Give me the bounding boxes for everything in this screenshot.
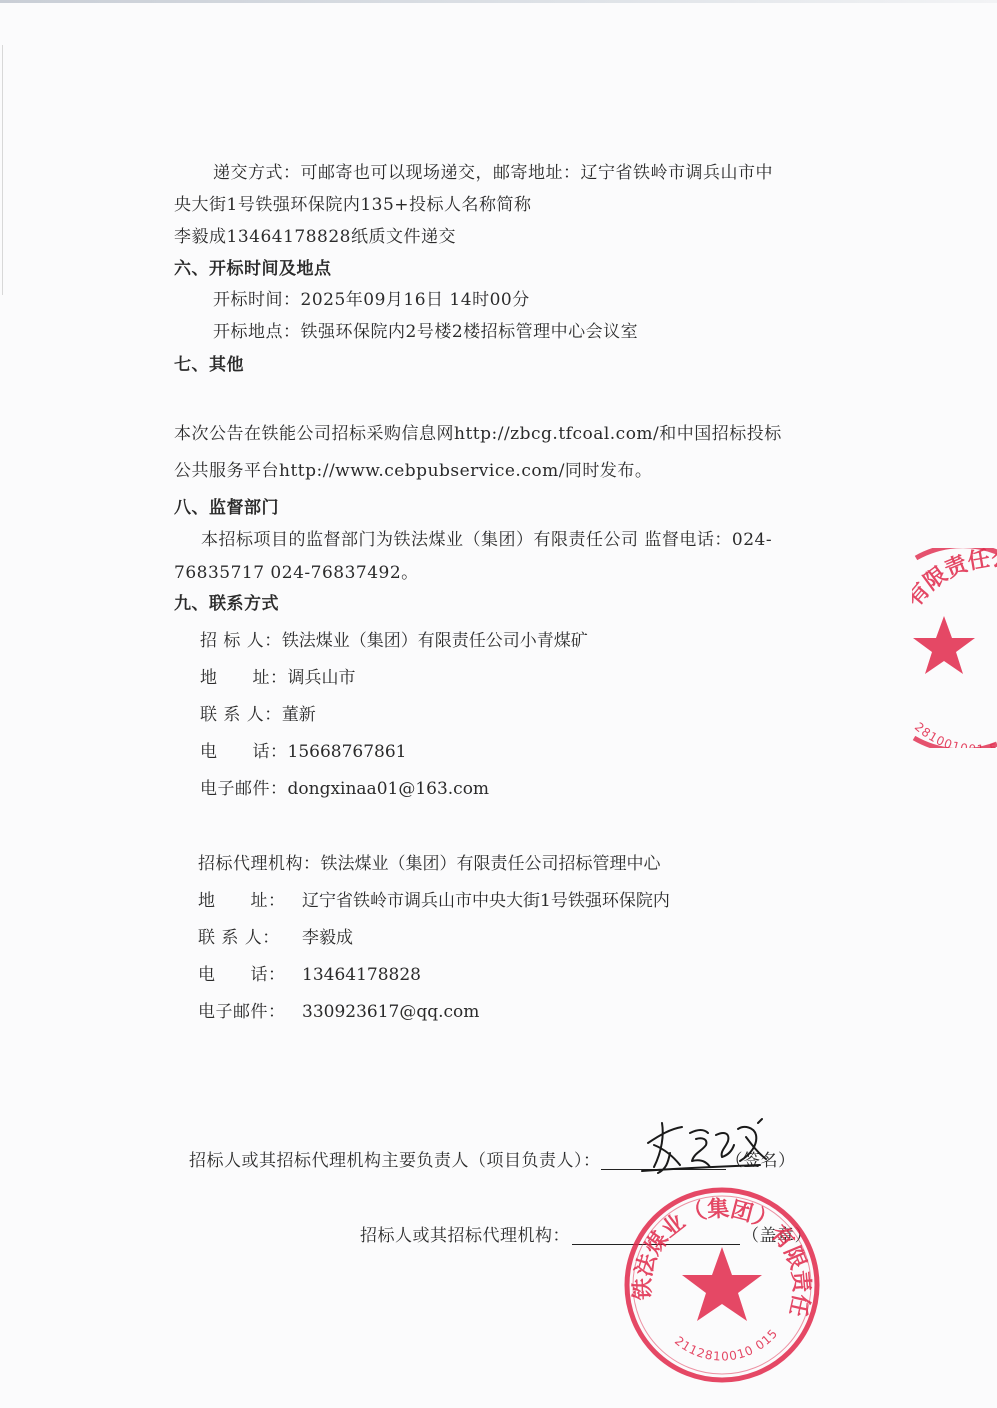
field-label: 招标代理机构： — [198, 853, 321, 875]
agency-seal-label: 招标人或其招标代理机构： — [360, 1226, 570, 1246]
agency-contact: 李毅成 — [302, 927, 353, 949]
agency-name-row: 招标代理机构：铁法煤业（集团）有限责任公司招标管理中心 — [198, 853, 661, 875]
edge-seal-text: 有限责任公司 — [912, 548, 997, 612]
section-7-heading: 七、其他 — [174, 354, 244, 376]
edge-seal-stamp: 有限责任公司 281001001 52 — [912, 548, 997, 748]
field-label: 招 标 人： — [200, 630, 282, 652]
field-label: 电 话： — [198, 964, 302, 986]
field-label: 联 系 人： — [200, 704, 282, 726]
field-label: 联 系 人： — [198, 927, 302, 949]
tenderer-email-row: 电子邮件：dongxinaa01@163.com — [200, 778, 489, 800]
agency-phone: 13464178828 — [302, 964, 421, 986]
star-icon — [913, 616, 975, 674]
agency-email: 330923617@qq.com — [302, 1001, 479, 1023]
tenderer-address-row: 地 址：调兵山市 — [200, 667, 356, 689]
agency-email-row: 电子邮件：330923617@qq.com — [198, 1001, 479, 1023]
responsible-person-label: 招标人或其招标代理机构主要负责人（项目负责人）： — [189, 1151, 601, 1171]
star-icon — [682, 1247, 762, 1321]
agency-phone-row: 电 话：13464178828 — [198, 964, 421, 986]
seal-text: 铁法煤业（集团）有限责任公司招标管理中心 — [622, 1185, 815, 1319]
submission-line-3: 李毅成13464178828纸质文件递交 — [174, 226, 456, 248]
tenderer-name-row: 招 标 人：铁法煤业（集团）有限责任公司小青煤矿 — [200, 630, 588, 652]
svg-text:铁法煤业（集团）有限责任公司招标管理中心: 铁法煤业（集团）有限责任公司招标管理中心 — [622, 1185, 815, 1319]
official-seal-stamp: 铁法煤业（集团）有限责任公司招标管理中心 2112810010 01529 — [622, 1185, 822, 1385]
tenderer-address: 调兵山市 — [288, 667, 356, 689]
svg-text:281001001 52: 281001001 52 — [912, 720, 997, 748]
agency-address-row: 地 址：辽宁省铁岭市调兵山市中央大街1号铁强环保院内 — [198, 890, 670, 912]
field-label: 电子邮件： — [198, 1001, 302, 1023]
submission-line-1: 递交方式：可邮寄也可以现场递交，邮寄地址：辽宁省铁岭市调兵山市中 — [213, 162, 773, 184]
supervision-line-2: 76835717 024-76837492。 — [174, 562, 419, 584]
field-label: 电 话： — [200, 741, 288, 763]
agency-contact-row: 联 系 人：李毅成 — [198, 927, 353, 949]
seal-number: 2112810010 01529 — [622, 1185, 781, 1364]
bid-opening-place: 开标地点：铁强环保院内2号楼2楼招标管理中心会议室 — [213, 321, 638, 343]
submission-line-2: 央大街1号铁强环保院内135+投标人名称简称 — [174, 194, 532, 216]
bid-opening-place-label: 开标地点： — [213, 322, 301, 342]
section-8-heading: 八、监督部门 — [174, 497, 279, 519]
svg-text:有限责任公司: 有限责任公司 — [912, 548, 997, 612]
scan-top-edge — [0, 0, 997, 3]
supervision-line-1: 本招标项目的监督部门为铁法煤业（集团）有限责任公司 监督电话：024- — [201, 529, 772, 551]
agency-name: 铁法煤业（集团）有限责任公司招标管理中心 — [321, 853, 661, 875]
tenderer-email: dongxinaa01@163.com — [288, 778, 490, 800]
bid-opening-time-label: 开标时间： — [213, 290, 301, 310]
publication-line-2: 公共服务平台http://www.cebpubservice.com/同时发布。 — [174, 460, 652, 482]
agency-seal-line: 招标人或其招标代理机构：（盖章） — [360, 1225, 812, 1247]
field-label: 电子邮件： — [200, 778, 288, 800]
svg-text:2112810010 01529: 2112810010 01529 — [622, 1185, 781, 1364]
tenderer-name: 铁法煤业（集团）有限责任公司小青煤矿 — [282, 630, 588, 652]
field-label: 地 址： — [198, 890, 302, 912]
seal-line — [572, 1226, 740, 1245]
bid-opening-time-value: 2025年09月16日 14时00分 — [301, 290, 530, 310]
seal-suffix: （盖章） — [742, 1226, 812, 1246]
tenderer-contact-row: 联 系 人：董新 — [200, 704, 316, 726]
tenderer-contact: 董新 — [282, 704, 316, 726]
edge-seal-number: 281001001 52 — [912, 720, 997, 748]
bid-opening-time: 开标时间：2025年09月16日 14时00分 — [213, 289, 530, 311]
field-label: 地 址： — [200, 667, 288, 689]
publication-line-1: 本次公告在铁能公司招标采购信息网http://zbcg.tfcoal.com/和… — [174, 423, 782, 445]
section-9-heading: 九、联系方式 — [174, 593, 279, 615]
agency-address: 辽宁省铁岭市调兵山市中央大街1号铁强环保院内 — [302, 890, 670, 912]
scan-left-edge — [2, 45, 3, 295]
tenderer-phone-row: 电 话：15668767861 — [200, 741, 406, 763]
section-6-heading: 六、开标时间及地点 — [174, 258, 332, 280]
handwritten-signature — [640, 1115, 775, 1177]
tenderer-phone: 15668767861 — [288, 741, 407, 763]
bid-opening-place-value: 铁强环保院内2号楼2楼招标管理中心会议室 — [301, 322, 639, 342]
